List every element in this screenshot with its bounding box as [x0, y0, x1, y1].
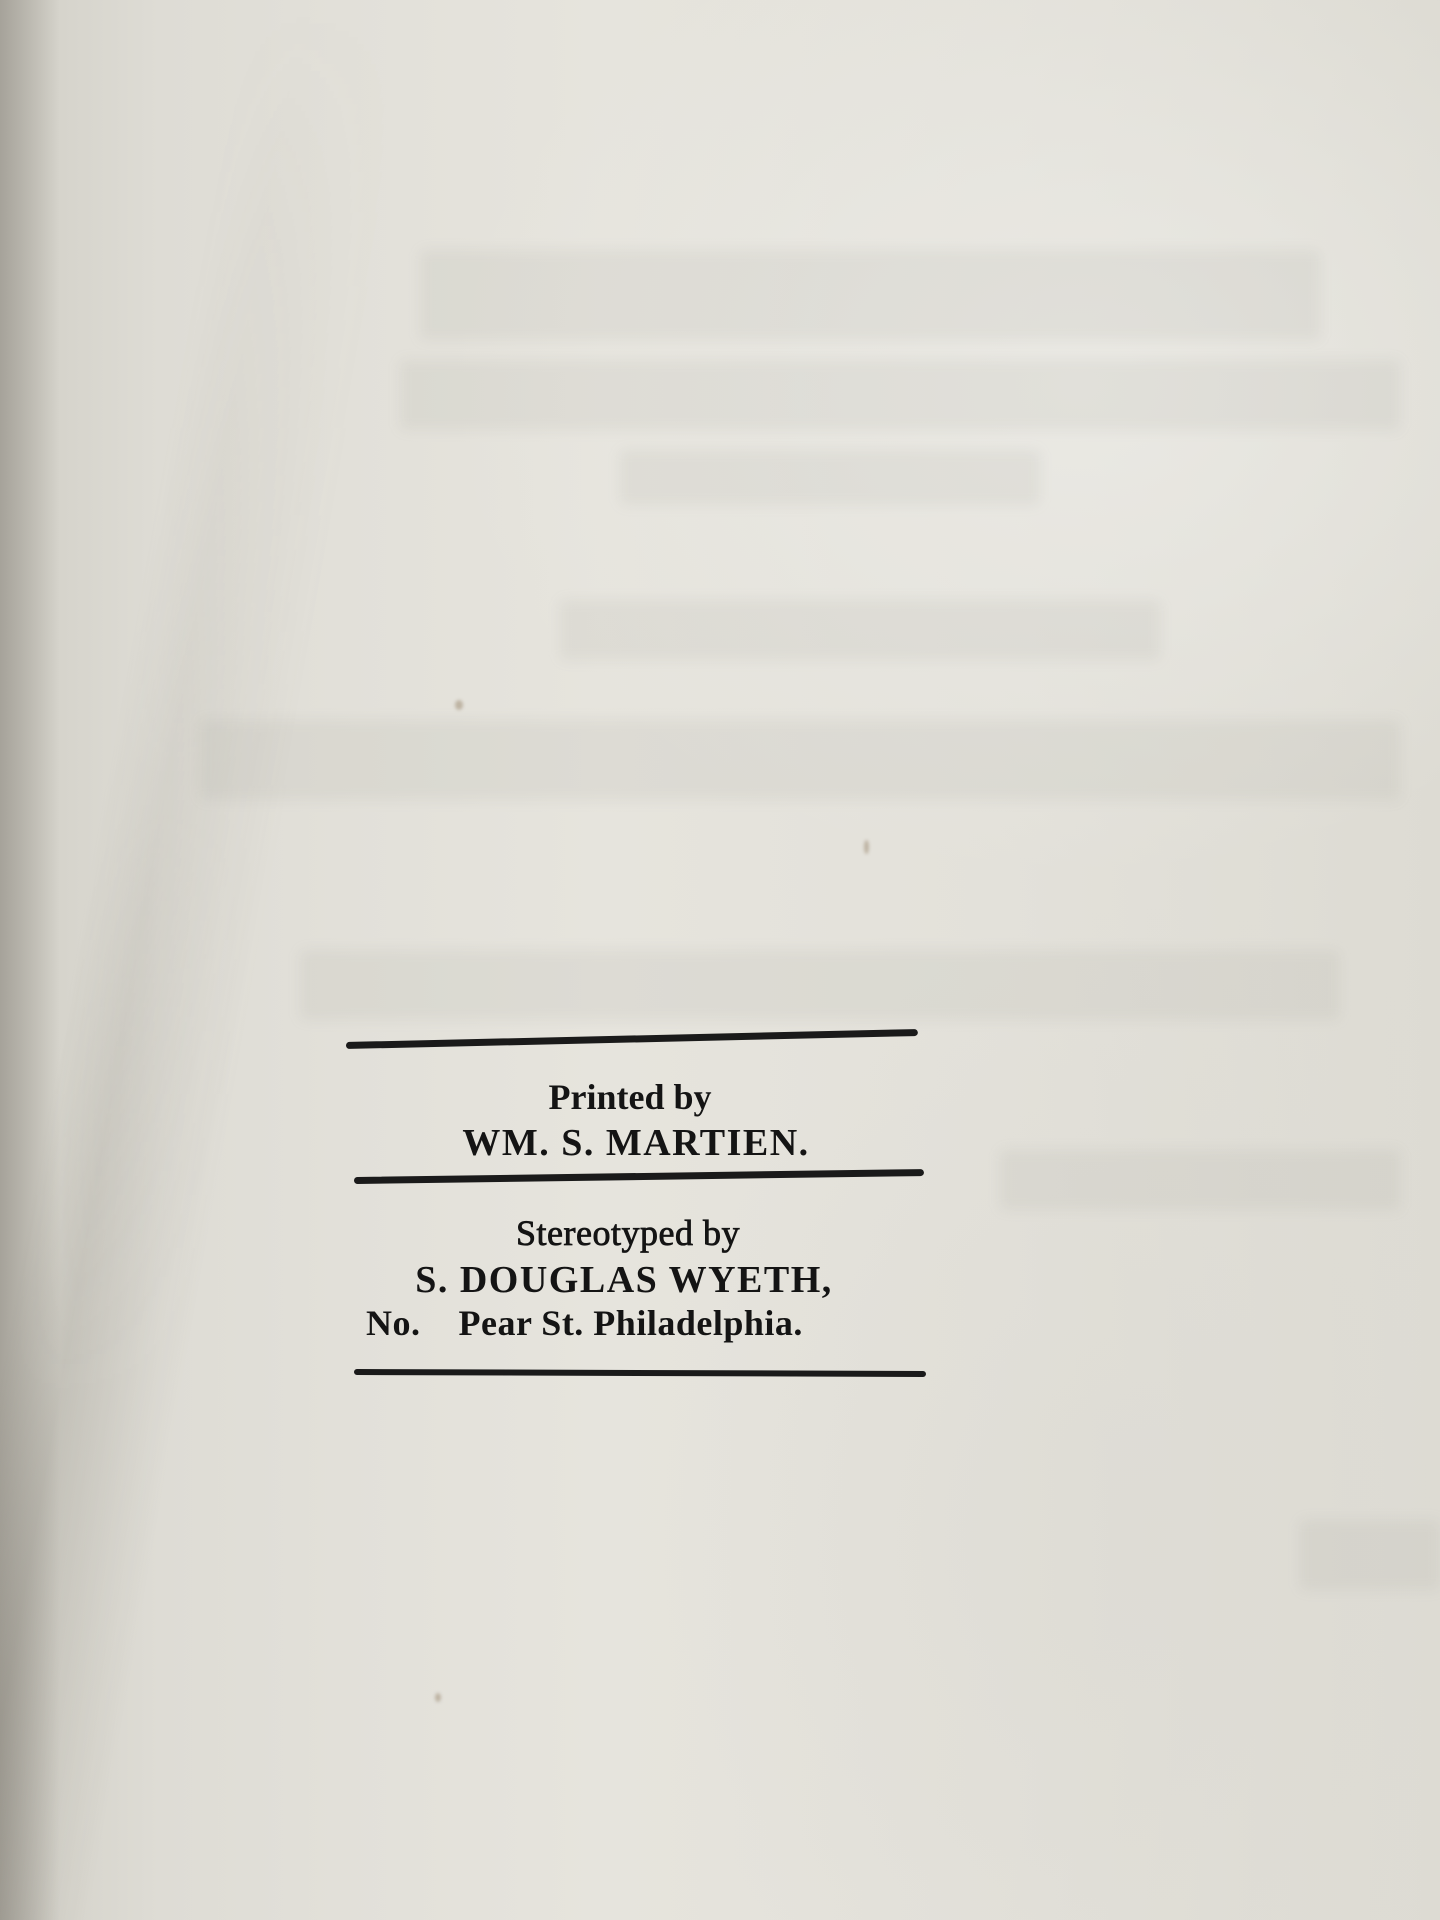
foxing-spot [864, 840, 869, 854]
stereotyped-by-label: Stereotyped by [338, 1212, 918, 1254]
stereotyper-address: No. Pear St. Philadelphia. [366, 1302, 946, 1344]
printer-imprint: Printed by WM. S. MARTIEN. Stereotyped b… [346, 1036, 926, 1386]
bleed-through-text [420, 250, 1320, 340]
foxing-spot [435, 1693, 441, 1702]
bleed-through-text [1000, 1150, 1400, 1210]
foxing-spot [455, 700, 463, 710]
printer-name: WM. S. MARTIEN. [346, 1121, 926, 1165]
stereotyper-name: S. DOUGLAS WYETH, [334, 1258, 914, 1302]
bleed-through-text [200, 720, 1400, 800]
bleed-through-text [620, 450, 1040, 505]
bleed-through-text [560, 600, 1160, 660]
bleed-through-text [400, 360, 1400, 430]
bottom-rule [354, 1369, 926, 1377]
printed-by-label: Printed by [340, 1076, 920, 1118]
middle-rule [354, 1169, 924, 1184]
bleed-through-text [300, 950, 1340, 1020]
bleed-through-text [1300, 1520, 1440, 1590]
book-page: Printed by WM. S. MARTIEN. Stereotyped b… [0, 0, 1440, 1920]
